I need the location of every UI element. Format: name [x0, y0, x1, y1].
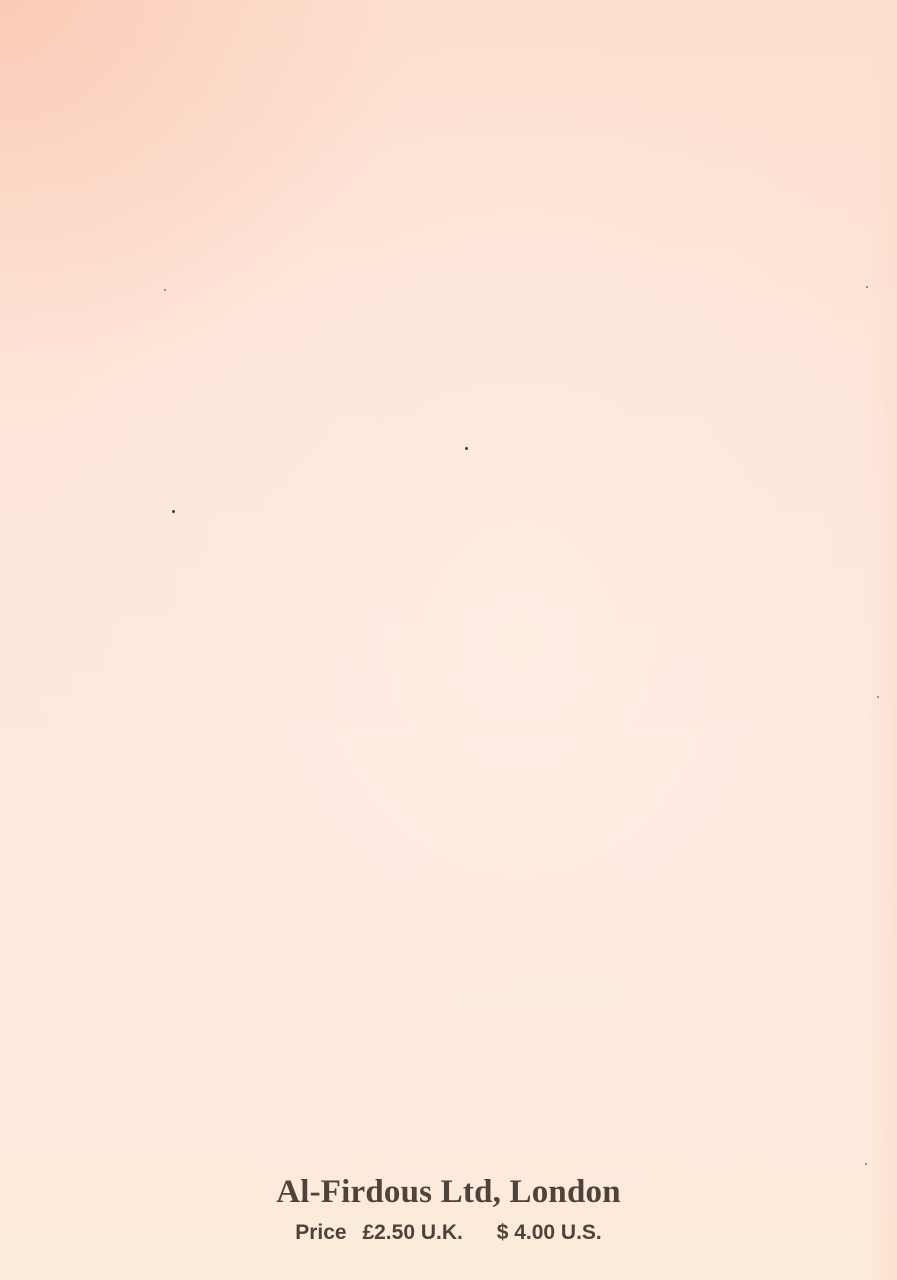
price-uk: £2.50 U.K. [362, 1221, 462, 1245]
paper-speck [172, 510, 175, 513]
paper-speck [866, 286, 868, 288]
price-label: Price [295, 1221, 346, 1245]
price-line: Price £2.50 U.K. $ 4.00 U.S. [0, 1221, 897, 1245]
paper-speck [465, 447, 468, 450]
publisher-name: Al-Firdous Ltd, London [0, 1174, 897, 1211]
back-cover: Al-Firdous Ltd, London Price £2.50 U.K. … [0, 0, 897, 1280]
price-us: $ 4.00 U.S. [497, 1221, 602, 1245]
paper-speck [164, 289, 166, 291]
paper-edge-shading [867, 0, 897, 1280]
paper-speck [865, 1163, 867, 1165]
paper-speck [877, 696, 879, 698]
